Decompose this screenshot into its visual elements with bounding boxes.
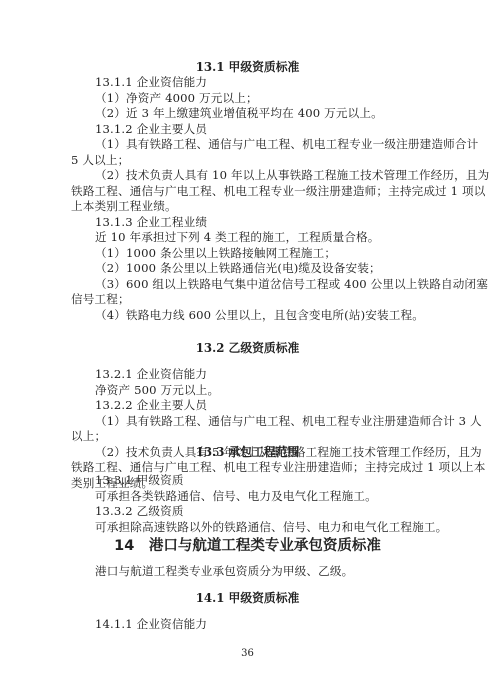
paragraph: 13.1.1 企业资信能力 bbox=[95, 75, 423, 91]
paragraph: 13.3.2 乙级资质 bbox=[95, 504, 423, 520]
page-number: 36 bbox=[0, 648, 495, 659]
paragraph: 上本类别工程业绩。 bbox=[71, 199, 423, 215]
paragraph: （3）600 组以上铁路电气集中道岔信号工程或 400 公里以上铁路自动闭塞 bbox=[95, 277, 423, 293]
paragraph: （2）1000 条公里以上铁路通信光(电)缆及设备安装； bbox=[95, 261, 423, 277]
document-page: 13.1 甲级资质标准 13.1.1 企业资信能力 （1）净资产 4000 万元… bbox=[0, 0, 495, 700]
paragraph: 可承担各类铁路通信、信号、电力及电气化工程施工。 bbox=[95, 489, 423, 505]
paragraph: 净资产 500 万元以上。 bbox=[95, 383, 423, 399]
section-13-3-title: 13.3 承包工程范围 bbox=[0, 444, 495, 460]
paragraph: （1）1000 条公里以上铁路接触网工程施工； bbox=[95, 246, 423, 262]
chapter-14-title: 14 港口与航道工程类专业承包资质标准 bbox=[0, 537, 495, 555]
paragraph: 以上； bbox=[71, 429, 423, 445]
paragraph: 13.1.2 企业主要人员 bbox=[95, 122, 423, 138]
paragraph: （1）净资产 4000 万元以上； bbox=[95, 91, 423, 107]
paragraph: 14.1.1 企业资信能力 bbox=[95, 617, 423, 633]
paragraph: （2）近 3 年上缴建筑业增值税平均在 400 万元以上。 bbox=[95, 106, 423, 122]
paragraph: 13.1.3 企业工程业绩 bbox=[95, 215, 423, 231]
paragraph: （1）具有铁路工程、通信与广电工程、机电工程专业注册建造师合计 3 人 bbox=[95, 414, 423, 430]
paragraph: 近 10 年承担过下列 4 类工程的施工，工程质量合格。 bbox=[95, 230, 423, 246]
paragraph: （1）具有铁路工程、通信与广电工程、机电工程专业一级注册建造师合计 bbox=[95, 137, 423, 153]
paragraph: 13.3.1 甲级资质 bbox=[95, 473, 423, 489]
section-14-1-title: 14.1 甲级资质标准 bbox=[0, 590, 495, 606]
paragraph: 13.2.2 企业主要人员 bbox=[95, 398, 423, 414]
paragraph: 铁路工程、通信与广电工程、机电工程专业一级注册建造师；主持完成过 1 项以 bbox=[71, 184, 423, 200]
section-13-2-title: 13.2 乙级资质标准 bbox=[0, 340, 495, 356]
paragraph: （2）技术负责人具有 10 年以上从事铁路工程施工技术管理工作经历，且为 bbox=[95, 168, 423, 184]
section-13-1-title: 13.1 甲级资质标准 bbox=[0, 59, 495, 75]
paragraph: 5 人以上； bbox=[71, 153, 423, 169]
paragraph: （4）铁路电力线 600 公里以上，且包含变电所(站)安装工程。 bbox=[95, 308, 423, 324]
paragraph: 可承担除高速铁路以外的铁路通信、信号、电力和电气化工程施工。 bbox=[95, 520, 423, 536]
paragraph: 13.2.1 企业资信能力 bbox=[95, 367, 423, 383]
paragraph: 港口与航道工程类专业承包资质分为甲级、乙级。 bbox=[95, 564, 423, 580]
paragraph: 信号工程； bbox=[71, 292, 423, 308]
